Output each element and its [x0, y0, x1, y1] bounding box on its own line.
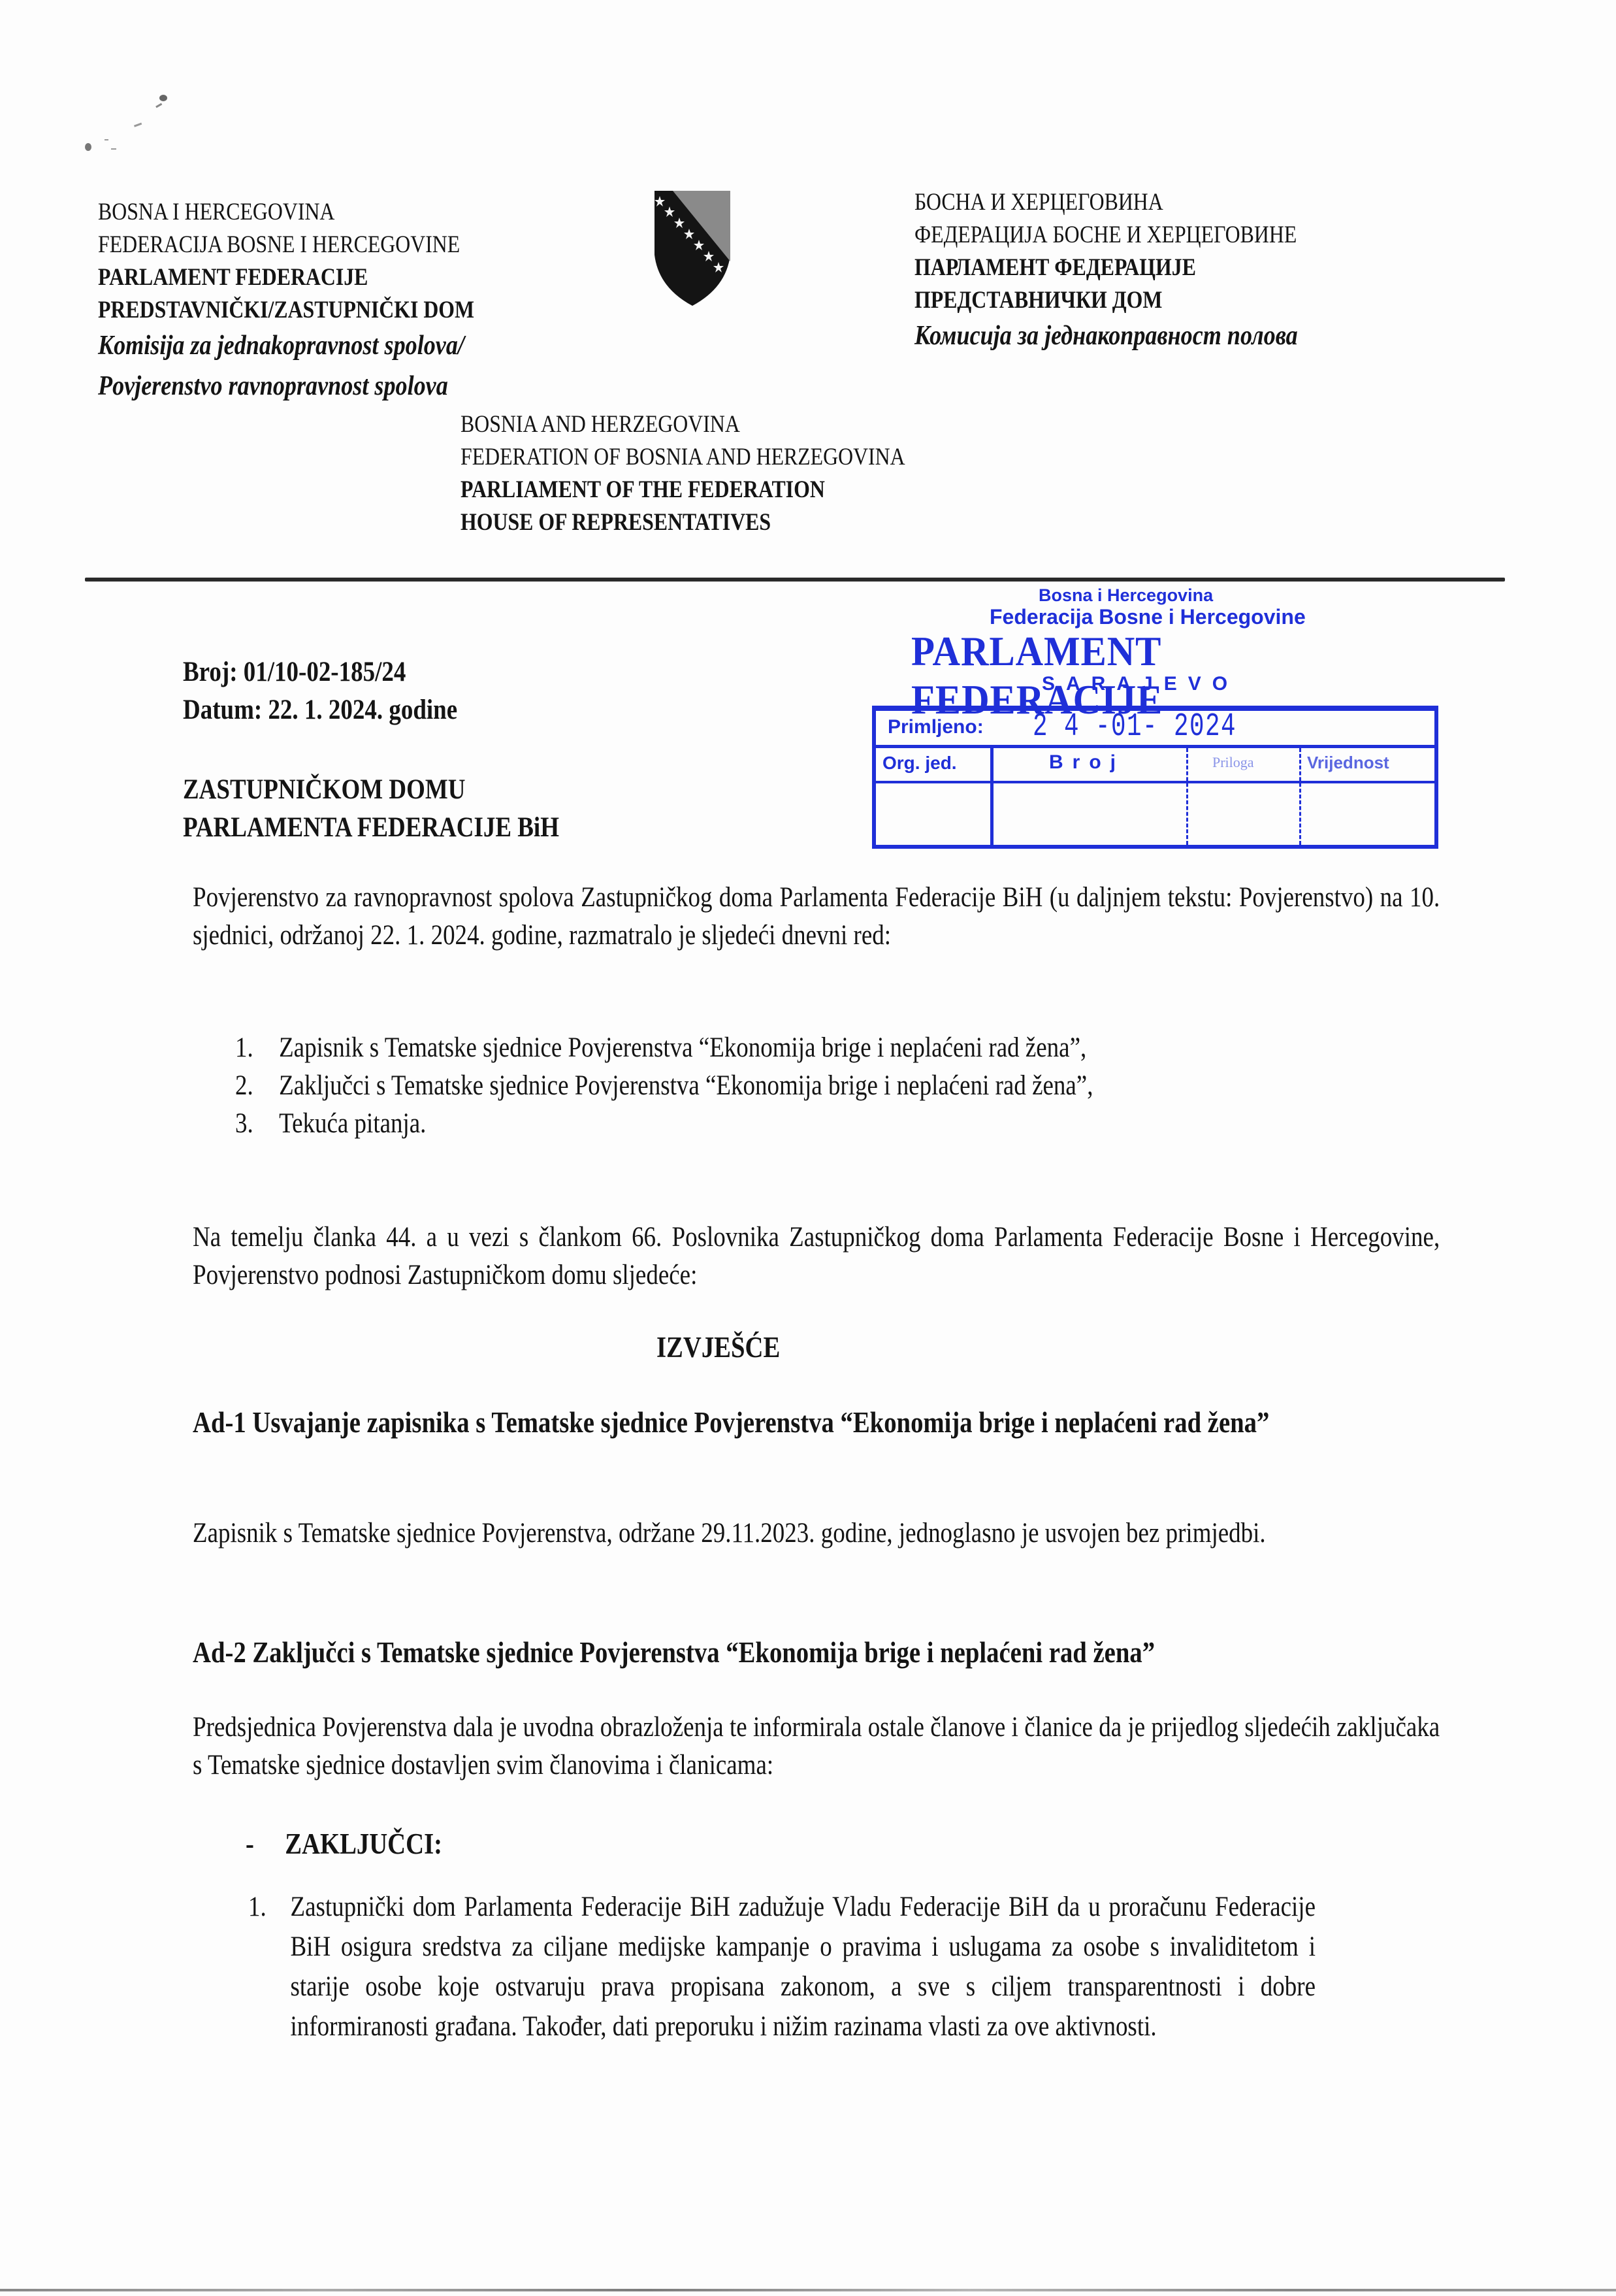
agenda-number: 1. — [235, 1029, 279, 1067]
stamp-col-priloga: Priloga — [1212, 754, 1254, 771]
report-title: IZVJEŠĆE — [656, 1328, 780, 1366]
letterhead-left-line: FEDERACIJA BOSNE I HERCEGOVINE — [98, 229, 474, 261]
ad2-heading: Ad-2 Zaključci s Tematske sjednice Povje… — [193, 1633, 1440, 1671]
recipient-block: ZASTUPNIČKOM DOMU PARLAMENTA FEDERACIJE … — [183, 771, 559, 847]
recipient-line: ZASTUPNIČKOM DOMU — [183, 771, 559, 809]
agenda-number: 2. — [235, 1067, 279, 1105]
stamp-received-date: 2 4 -01- 2024 — [1033, 708, 1236, 746]
ad1-text: Zapisnik s Tematske sjednice Povjerenstv… — [193, 1515, 1440, 1552]
conclusions-heading: -ZAKLJUČCI: — [246, 1825, 442, 1863]
agenda-item: 1. Zapisnik s Tematske sjednice Povjeren… — [235, 1029, 1093, 1067]
conclusions-heading-text: ZAKLJUČCI: — [285, 1828, 442, 1860]
stamp-col-org: Org. jed. — [882, 753, 957, 774]
reference-block: Broj: 01/10-02-185/24 Datum: 22. 1. 2024… — [183, 653, 457, 729]
letterhead-left-line: Povjerenstvo ravnopravnost spolova — [98, 365, 474, 408]
letterhead-right-line: ФЕДЕРАЦИЈА БОСНЕ И ХЕРЦЕГОВИНЕ — [914, 219, 1298, 252]
letterhead-right-line: ПАРЛАМЕНТ ФЕДЕРАЦИЈЕ — [914, 252, 1298, 284]
stamp-line: Bosna i Hercegovina — [1039, 585, 1213, 606]
scan-specks — [78, 88, 176, 160]
letterhead-right-line: Комисија за једнакоправност полова — [914, 317, 1298, 355]
agenda-item: 3. Tekuća pitanja. — [235, 1105, 1093, 1143]
document-date: Datum: 22. 1. 2024. godine — [183, 691, 457, 729]
letterhead-center-line: HOUSE OF REPRESENTATIVES — [461, 506, 905, 539]
letterhead-left-line: Komisija za jednakopravnost spolova/ — [98, 327, 474, 365]
agenda-number: 3. — [235, 1105, 279, 1143]
stamp-received-label: Primljeno: — [888, 716, 984, 738]
stamp-city: SARAJEVO — [1042, 673, 1238, 695]
agenda-text: Zapisnik s Tematske sjednice Povjerenstv… — [279, 1029, 1086, 1067]
letterhead-right-line: ПРЕДСТАВНИЧКИ ДОМ — [914, 284, 1298, 317]
received-stamp: Bosna i Hercegovina Federacija Bosne i H… — [862, 575, 1444, 869]
letterhead-right: БОСНА И ХЕРЦЕГОВИНА ФЕДЕРАЦИЈА БОСНЕ И Х… — [914, 186, 1298, 355]
scan-bottom-edge — [0, 2289, 1616, 2291]
letterhead-center-line: BOSNIA AND HERZEGOVINA — [461, 408, 905, 441]
stamp-col-broj: Broj — [1049, 751, 1125, 774]
conclusion-number: 1. — [248, 1887, 291, 2046]
letterhead-right-line: БОСНА И ХЕРЦЕГОВИНА — [914, 186, 1298, 219]
conclusion-text: Zastupnički dom Parlamenta Federacije Bi… — [291, 1887, 1316, 2046]
recipient-line: PARLAMENTA FEDERACIJE BiH — [183, 809, 559, 847]
agenda-item: 2. Zaključci s Tematske sjednice Povjere… — [235, 1067, 1093, 1105]
stamp-col-vrijednost: Vrijednost — [1307, 753, 1389, 773]
letterhead-left: BOSNA I HERCEGOVINA FEDERACIJA BOSNE I H… — [98, 196, 474, 408]
letterhead-left-line: PREDSTAVNIČKI/ZASTUPNIČKI DOM — [98, 294, 474, 327]
coat-of-arms-icon — [653, 189, 732, 307]
letterhead-center-line: FEDERATION OF BOSNIA AND HERZEGOVINA — [461, 441, 905, 474]
letterhead-center-line: PARLIAMENT OF THE FEDERATION — [461, 474, 905, 506]
letterhead-center: BOSNIA AND HERZEGOVINA FEDERATION OF BOS… — [461, 408, 905, 539]
letterhead-left-line: BOSNA I HERCEGOVINA — [98, 196, 474, 229]
stamp-line: Federacija Bosne i Hercegovine — [990, 605, 1306, 629]
ad2-text: Predsjednica Povjerenstva dala je uvodna… — [193, 1709, 1440, 1784]
ad1-heading: Ad-1 Usvajanje zapisnika s Tematske sjed… — [193, 1403, 1440, 1441]
agenda-text: Tekuća pitanja. — [279, 1105, 426, 1143]
legal-basis-paragraph: Na temelju članka 44. a u vezi s člankom… — [193, 1219, 1440, 1294]
agenda-list: 1. Zapisnik s Tematske sjednice Povjeren… — [235, 1029, 1093, 1143]
agenda-text: Zaključci s Tematske sjednice Povjerenst… — [279, 1067, 1093, 1105]
letterhead-left-line: PARLAMENT FEDERACIJE — [98, 261, 474, 294]
stamp-table: Primljeno: 2 4 -01- 2024 Org. jed. Broj … — [872, 706, 1438, 849]
reference-number: Broj: 01/10-02-185/24 — [183, 653, 457, 691]
conclusion-item: 1. Zastupnički dom Parlamenta Federacije… — [248, 1887, 1316, 2046]
bullet-dash: - — [246, 1825, 285, 1863]
intro-paragraph: Povjerenstvo za ravnopravnost spolova Za… — [193, 879, 1440, 955]
stamp-received-row: Primljeno: 2 4 -01- 2024 — [876, 711, 1434, 748]
